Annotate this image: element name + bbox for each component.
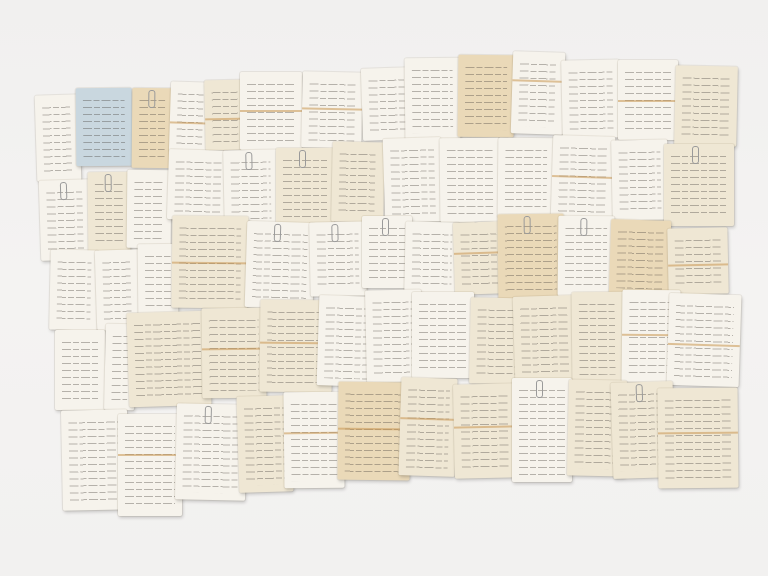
handwriting xyxy=(56,257,91,324)
notepad-page xyxy=(172,216,249,309)
notepad-page xyxy=(398,377,457,477)
notepad-page xyxy=(561,59,621,138)
handwriting xyxy=(460,228,500,287)
handwriting xyxy=(174,156,222,213)
paperclip-icon xyxy=(299,150,306,168)
paperclip-icon xyxy=(104,174,111,192)
handwriting xyxy=(68,416,122,503)
notepad-page xyxy=(55,330,105,410)
paperclip-icon xyxy=(205,406,212,424)
notepad-page xyxy=(88,172,131,252)
rubber-band xyxy=(240,110,302,112)
notepad-page xyxy=(558,216,615,297)
handwriting xyxy=(616,226,664,289)
handwriting xyxy=(674,235,721,288)
handwriting xyxy=(291,399,338,481)
notepad-page xyxy=(618,60,678,140)
handwriting xyxy=(681,73,730,140)
notepad-page xyxy=(609,219,671,297)
notepad-page xyxy=(611,139,669,220)
rubber-band xyxy=(118,454,182,456)
notepad-page xyxy=(458,55,515,138)
handwriting xyxy=(568,67,613,132)
notepad-page xyxy=(49,250,99,331)
notepad-page xyxy=(127,311,212,408)
handwriting xyxy=(176,89,204,146)
handwriting xyxy=(209,315,260,392)
paperclip-icon xyxy=(536,380,543,398)
paperclip-icon xyxy=(635,384,643,402)
notepad-page xyxy=(240,72,302,150)
notepad-page xyxy=(512,378,572,482)
handwriting xyxy=(419,299,467,371)
notepad-page xyxy=(404,221,460,296)
notepad-page xyxy=(572,292,625,383)
handwriting xyxy=(447,145,494,215)
notepad-page xyxy=(301,71,363,148)
handwriting xyxy=(368,74,406,133)
handwriting xyxy=(465,62,508,130)
handwriting xyxy=(345,389,404,474)
notepad-page xyxy=(657,388,738,489)
notepad-page xyxy=(551,135,616,221)
handwriting xyxy=(125,421,175,509)
notepad-page xyxy=(405,58,461,141)
handwriting xyxy=(411,229,452,290)
handwriting xyxy=(520,302,570,375)
notepad-page xyxy=(498,138,555,219)
notepad-page xyxy=(513,295,578,383)
notepad-page xyxy=(35,94,82,181)
handwriting xyxy=(111,331,129,403)
paperclip-icon xyxy=(60,182,68,200)
notepad-page xyxy=(309,221,367,296)
handwriting xyxy=(406,384,451,469)
notepad-page xyxy=(331,141,385,222)
notepad-page xyxy=(664,144,734,226)
rubber-band xyxy=(618,100,678,102)
handwriting xyxy=(505,221,558,294)
notepad-page xyxy=(132,88,173,168)
handwriting xyxy=(182,410,240,493)
notepad-page xyxy=(674,65,738,146)
paperclip-icon xyxy=(245,152,252,170)
paperclip-icon xyxy=(692,146,699,164)
paperclip-icon xyxy=(524,216,531,234)
handwriting xyxy=(62,337,98,403)
photo-stage xyxy=(0,0,768,576)
notepad-page xyxy=(498,214,565,301)
handwriting xyxy=(505,145,548,211)
notepad-page xyxy=(383,137,444,223)
handwriting xyxy=(244,402,287,485)
notepad-page xyxy=(440,138,501,223)
handwriting xyxy=(460,391,510,472)
handwriting xyxy=(518,58,558,127)
notepad-page xyxy=(276,148,334,228)
notepad-page xyxy=(283,392,344,489)
paperclip-icon xyxy=(332,224,339,242)
handwriting xyxy=(372,297,416,376)
handwriting xyxy=(145,251,172,309)
notepad-page xyxy=(127,170,172,248)
handwriting xyxy=(412,65,454,133)
handwriting xyxy=(671,151,727,219)
handwriting xyxy=(42,102,74,175)
notepad-page xyxy=(76,88,133,167)
paperclip-icon xyxy=(274,224,282,242)
notepad-page xyxy=(412,292,474,378)
notepad-page xyxy=(453,383,517,478)
notepad-page xyxy=(39,179,93,261)
paperclip-icon xyxy=(382,218,389,236)
handwriting xyxy=(519,385,565,475)
handwriting xyxy=(134,318,204,400)
paperclip-icon xyxy=(148,90,155,108)
handwriting xyxy=(390,144,436,215)
notepad-page xyxy=(667,293,742,387)
handwriting xyxy=(211,87,238,144)
notepad-page xyxy=(245,221,316,309)
handwriting xyxy=(579,299,618,375)
handwriting xyxy=(665,395,732,482)
notepad-page xyxy=(167,149,229,221)
handwriting xyxy=(338,149,377,216)
paperclip-icon xyxy=(581,218,588,236)
handwriting xyxy=(618,147,661,214)
notepad-page xyxy=(118,414,182,516)
handwriting xyxy=(83,95,126,159)
handwriting xyxy=(324,302,370,379)
notepad-page xyxy=(511,51,566,135)
handwriting xyxy=(134,177,165,241)
handwriting xyxy=(674,300,734,380)
notepad-page xyxy=(202,308,267,399)
notepad-page xyxy=(667,227,728,294)
